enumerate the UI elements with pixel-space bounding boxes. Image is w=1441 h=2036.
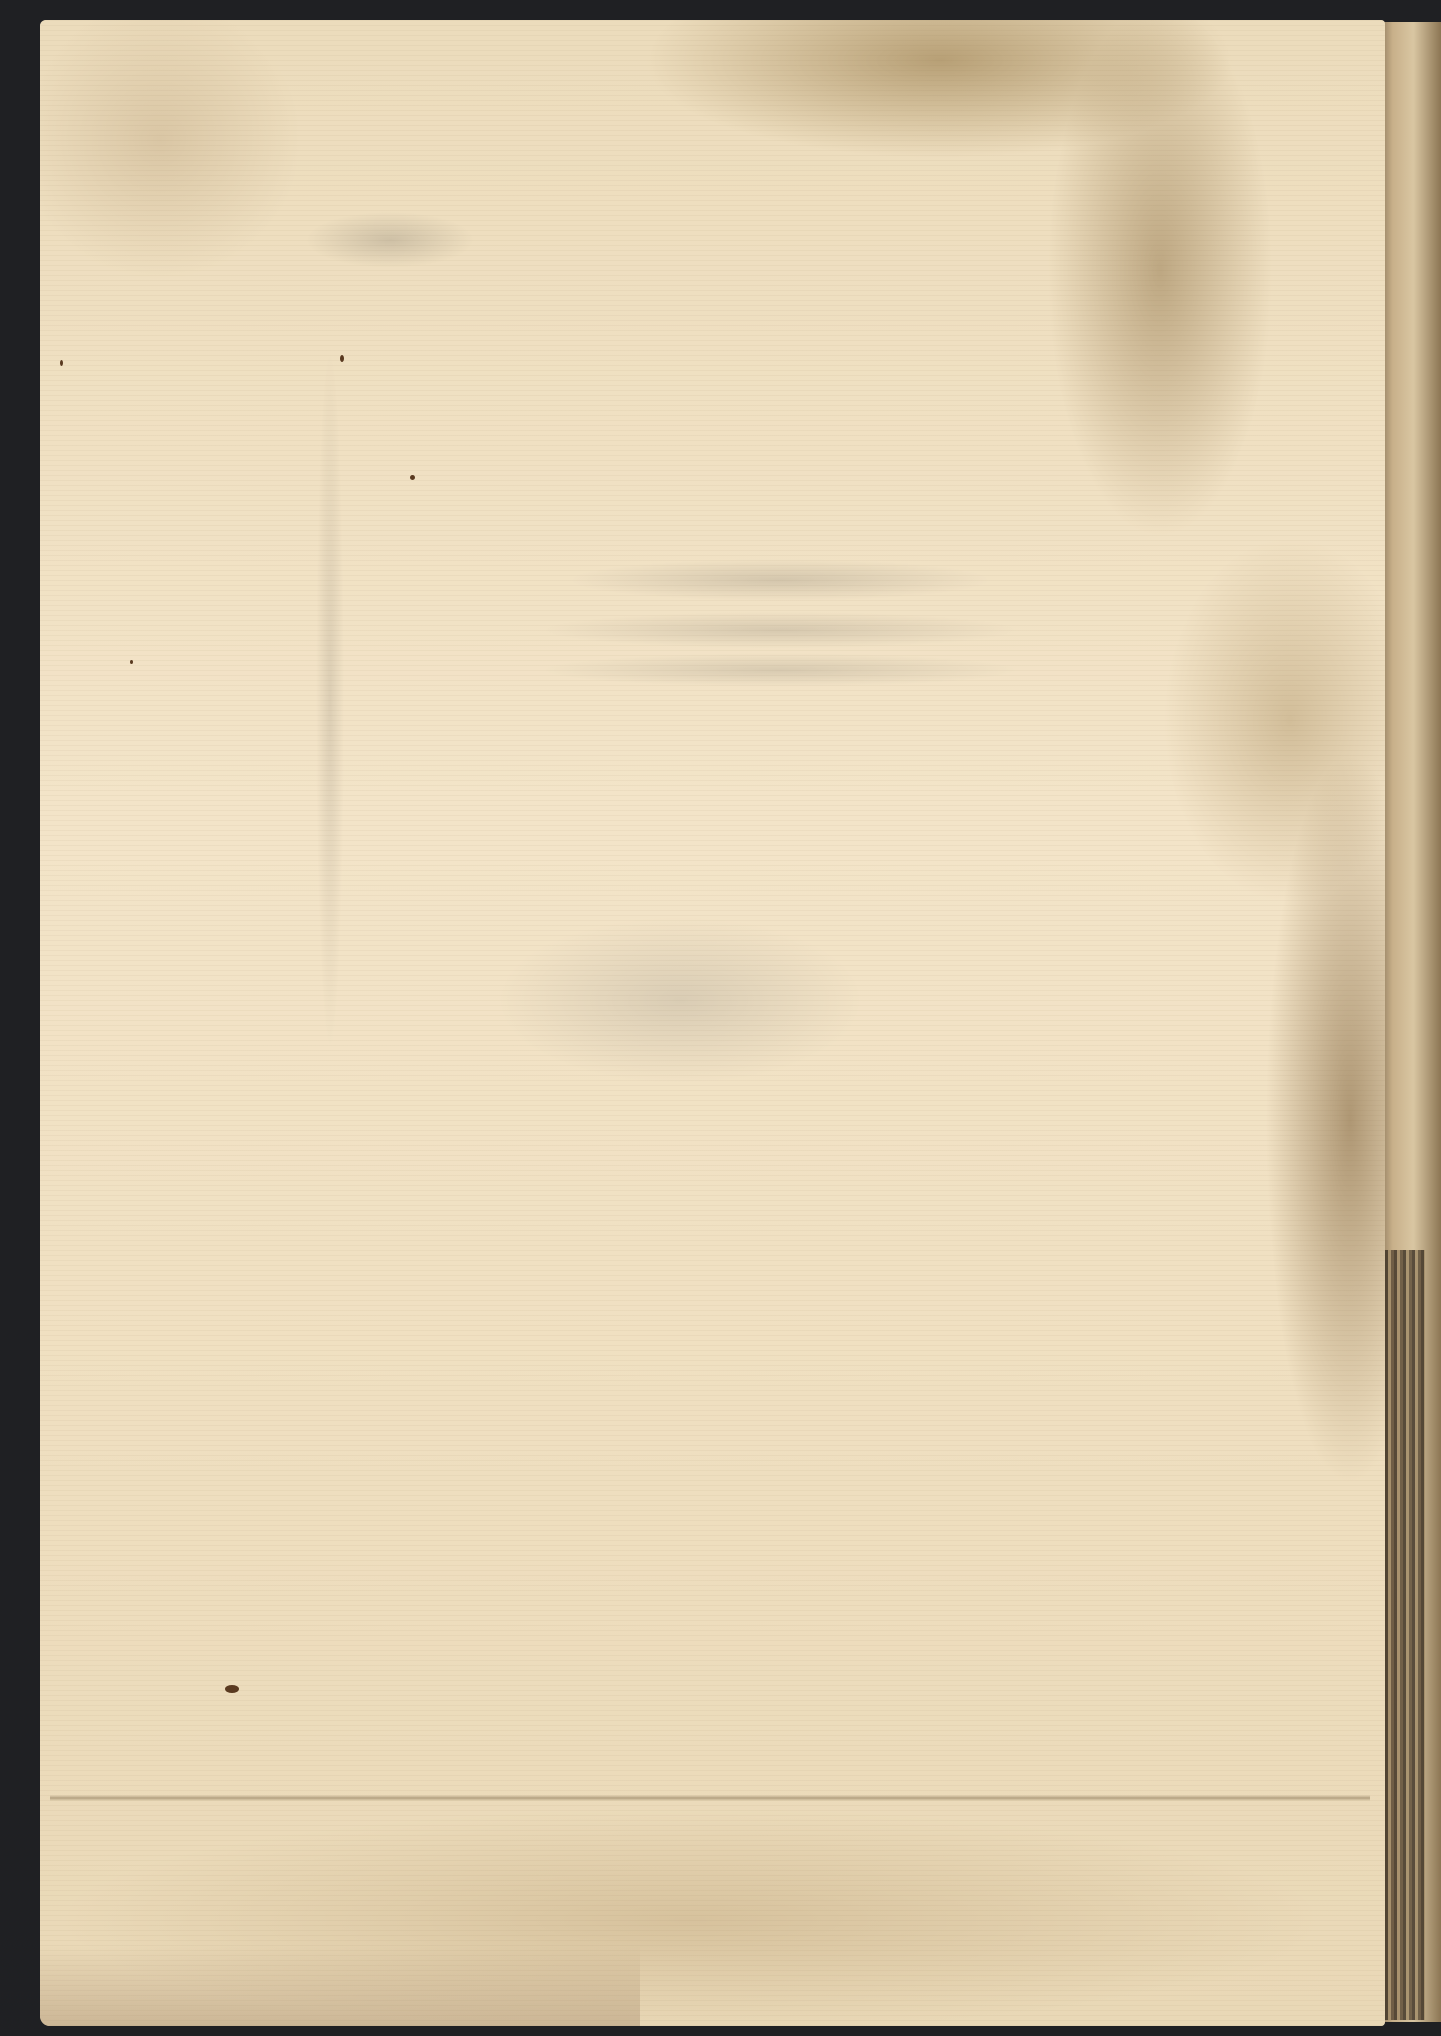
fox-spot xyxy=(130,660,133,664)
fox-spot xyxy=(410,475,415,480)
fox-spot xyxy=(225,1685,239,1693)
paper-page xyxy=(40,20,1385,2026)
fox-spot xyxy=(60,360,63,366)
worn-bottom-edge xyxy=(40,1946,640,2026)
ink-show-through xyxy=(220,200,1120,1200)
fox-spot xyxy=(340,355,344,362)
page-block-edges xyxy=(1385,1250,1425,2020)
fold-crease xyxy=(50,1795,1370,1801)
